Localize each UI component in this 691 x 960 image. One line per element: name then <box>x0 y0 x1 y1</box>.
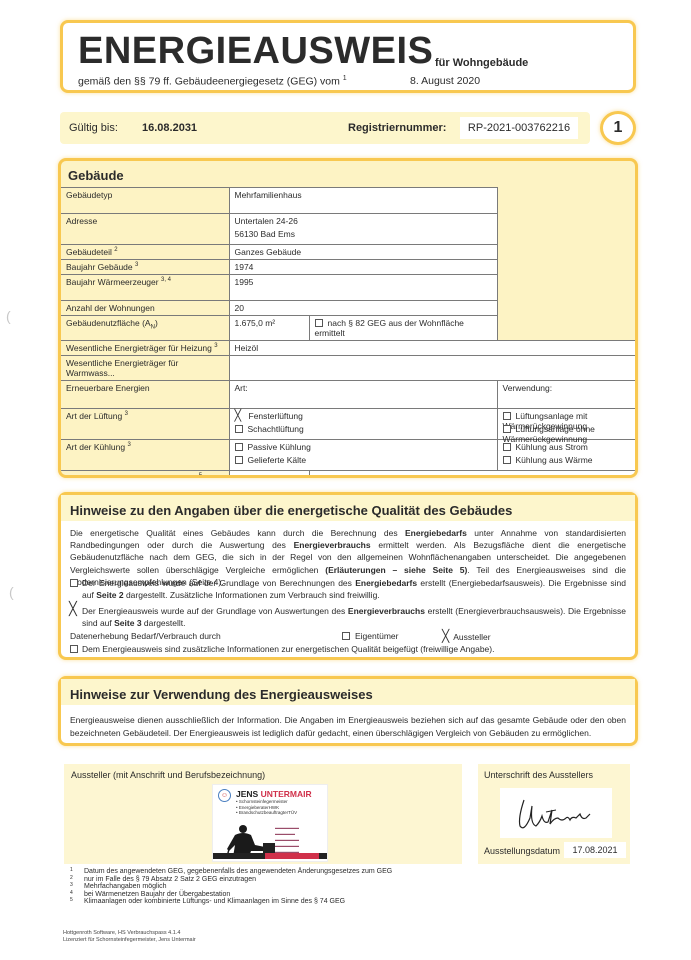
footnote-text: nur im Falle des § 79 Absatz 2 Satz 2 GE… <box>84 876 256 883</box>
row-label: Anzahl der Wohnungen <box>61 301 229 316</box>
footnote-number: 5 <box>70 897 73 905</box>
hotwater-carrier-value <box>229 356 635 381</box>
label-text: Gebäudenutzfläche (A <box>66 318 151 328</box>
signature-area: Unterschrift des Ausstellers Ausstellung… <box>478 764 630 864</box>
units-value: 20 <box>229 301 497 316</box>
table-row: Art der Kühlung 3 Passive Kühlung Gelief… <box>61 440 635 471</box>
checkbox-unchecked[interactable] <box>70 579 78 587</box>
row-label: Gebäudetyp <box>61 188 229 214</box>
table-row: Gebäudetyp Mehrfamilienhaus <box>61 188 635 214</box>
registration-label: Registriernummer: <box>348 122 446 134</box>
label-text: Baujahr Gebäude <box>66 262 133 272</box>
footnote: 1Datum des angewendeten GEG, gegebenenfa… <box>70 868 392 876</box>
option-label: Schachtlüftung <box>248 424 304 434</box>
option-label: Lüftungsanlage ohne Wärmerückgewinnung <box>503 424 595 444</box>
ventilation-option[interactable]: Lüftungsanlage mit Wärmerückgewinnung <box>503 411 631 424</box>
validity-bar: Gültig bis: 16.08.2031 Registriernummer:… <box>60 112 590 144</box>
demand-option[interactable]: Der Energieausweis wurde auf der Grundla… <box>70 577 626 601</box>
ac-count: Anzahl: 0 <box>229 471 309 479</box>
renewables-type: Art: <box>229 381 497 409</box>
label-text: ) <box>155 318 158 328</box>
checkbox-unchecked[interactable] <box>235 456 243 464</box>
text: Der Energieausweis wurde auf der Grundla… <box>82 578 355 588</box>
option-label: Aussteller <box>453 632 490 642</box>
text: dargestellt. <box>142 618 186 628</box>
valid-until-value: 16.08.2031 <box>142 122 197 134</box>
bold-text: (Erläuterungen – siehe Seite 5) <box>325 565 467 575</box>
page-number-badge: 1 <box>600 111 636 145</box>
checkbox-unchecked[interactable] <box>235 425 243 433</box>
ventilation-options-left: ╳Fensterlüftung Schachtlüftung <box>229 409 497 440</box>
ventilation-options-right: Lüftungsanlage mit Wärmerückgewinnung Lü… <box>497 409 635 440</box>
footnote-number: 3 <box>70 882 73 890</box>
footnote-number: 1 <box>70 867 73 875</box>
address-city: 56130 Bad Ems <box>235 229 492 242</box>
role: • BrandschutzbeauftragterTÜV <box>236 810 297 816</box>
text: dargestellt. Zusätzliche Informationen z… <box>124 590 380 600</box>
bold-text: Seite 2 <box>96 590 123 600</box>
bold-text: Energiebedarfs <box>355 578 417 588</box>
footnotes: 1Datum des angewendeten GEG, gegebenenfa… <box>70 868 392 906</box>
business-card-stamp: ☺ JENS UNTERMAIR • Schornsteinfegermeist… <box>212 784 328 862</box>
footnote-ref: 3 <box>214 343 217 349</box>
footnote-ref: 3 <box>125 411 128 417</box>
renewables-use: Verwendung: <box>497 381 635 409</box>
bold-text: Energiebedarfs <box>405 528 467 538</box>
label-text: Art der Lüftung <box>66 411 122 421</box>
role: • Schornsteinfegermeister <box>236 799 297 805</box>
checkbox-unchecked[interactable] <box>503 443 511 451</box>
section-title: Hinweise zur Verwendung des Energieauswe… <box>70 687 373 702</box>
notes-section: Hinweise zu den Angaben über die energet… <box>58 492 638 660</box>
row-label: Inspektionspflichtige Klimaanlagen 5 <box>61 471 229 479</box>
footnote-ref: 2 <box>114 247 117 253</box>
cooling-option[interactable]: Passive Kühlung <box>235 442 492 455</box>
card-footer-bar <box>213 853 328 859</box>
chimney-sweep-logo-icon: ☺ <box>218 789 231 802</box>
license-line: Lizenziert für Schornsteinfegermeister, … <box>63 937 196 944</box>
text: Der Energieausweis wurde auf der Grundla… <box>82 606 348 616</box>
valid-until-label: Gültig bis: <box>69 122 118 134</box>
label-text: Art der Kühlung <box>66 442 125 452</box>
consumption-option[interactable]: ╳Der Energieausweis wurde auf der Grundl… <box>70 605 626 629</box>
cooling-options-left: Passive Kühlung Gelieferte Kälte <box>229 440 497 471</box>
issuer-area: Aussteller (mit Anschrift und Berufsbeze… <box>64 764 462 864</box>
heating-carrier-value: Heizöl <box>229 341 635 356</box>
footnote-ref: 1 <box>343 75 347 82</box>
software-line: Hottgenroth Software, HS Verbrauchspass … <box>63 930 196 937</box>
table-row: Wesentliche Energieträger für Warmwass..… <box>61 356 635 381</box>
row-label: Art der Kühlung 3 <box>61 440 229 471</box>
document-title: ENERGIEAUSWEIS <box>78 30 433 73</box>
signature-label: Unterschrift des Ausstellers <box>484 770 593 780</box>
footnote: 5Klimaanlagen oder kombinierte Lüftungs-… <box>70 898 392 906</box>
footnote: 3Mehrfachangaben möglich <box>70 883 392 891</box>
cooling-option[interactable]: Gelieferte Kälte <box>235 455 492 468</box>
building-section: Gebäude Gebäudetyp Mehrfamilienhaus Adre… <box>58 158 638 478</box>
cooling-options-right: Kühlung aus Strom Kühlung aus Wärme <box>497 440 635 471</box>
text: Die energetische Qualität eines Gebäudes… <box>70 528 405 538</box>
option-label: Gelieferte Kälte <box>248 455 307 465</box>
cooling-option[interactable]: Kühlung aus Strom <box>503 442 631 455</box>
area-option[interactable]: nach § 82 GEG aus der Wohnfläche ermitte… <box>309 316 497 341</box>
label-text: Wesentliche Energieträger für Heizung <box>66 343 212 353</box>
footnote-ref: 3 <box>135 262 138 268</box>
table-row: Wesentliche Energieträger für Heizung 3 … <box>61 341 635 356</box>
photo-area <box>497 188 635 341</box>
checkbox-unchecked[interactable] <box>342 632 350 640</box>
footnote-ref: 3 <box>127 442 130 448</box>
usage-text: Energieausweise dienen ausschließlich de… <box>70 714 626 740</box>
issuer-name: JENS UNTERMAIR <box>236 789 312 799</box>
cooling-option[interactable]: Kühlung aus Wärme <box>503 455 631 468</box>
checkbox-unchecked[interactable] <box>503 412 511 420</box>
building-table: Gebäudetyp Mehrfamilienhaus Adresse Unte… <box>61 187 635 478</box>
option-label: nach § 82 GEG aus der Wohnfläche ermitte… <box>315 318 464 338</box>
footnote: 4bei Wärmenetzen Baujahr der Übergabesta… <box>70 891 392 899</box>
footnote: 2nur im Falle des § 79 Absatz 2 Satz 2 G… <box>70 876 392 884</box>
footnote-number: 4 <box>70 890 73 898</box>
footnote-text: Datum des angewendeten GEG, gegebenenfal… <box>84 868 392 875</box>
issuer-contact-blurred: ▬▬▬▬▬▬▬▬▬▬▬▬▬▬▬▬▬▬▬▬▬▬▬▬▬▬▬▬▬ <box>275 825 299 855</box>
year-built-value: 1974 <box>229 260 497 275</box>
footnote-number: 2 <box>70 875 73 883</box>
ventilation-option[interactable]: Lüftungsanlage ohne Wärmerückgewinnung <box>503 424 631 437</box>
ac-next-inspection: Nächstes Fälligkeitsdatum der Inspektion… <box>309 471 635 479</box>
checkbox-checked[interactable]: ╳ <box>442 630 449 642</box>
section-title: Gebäude <box>68 168 124 183</box>
bold-text: Seite 3 <box>114 618 141 628</box>
owner-option[interactable]: Eigentümer <box>342 630 398 642</box>
data-collection-row: Datenerhebung Bedarf/Verbrauch durch Eig… <box>70 630 626 642</box>
area-value: 1.675,0 m² <box>229 316 309 341</box>
table-row: Art der Lüftung 3 ╳Fensterlüftung Schach… <box>61 409 635 440</box>
table-row: Erneuerbare Energien Art: Verwendung: <box>61 381 635 409</box>
label-text: Inspektionspflichtige Klimaanlagen <box>66 473 196 478</box>
ventilation-option[interactable]: Schachtlüftung <box>235 424 492 437</box>
data-collection-label: Datenerhebung Bedarf/Verbrauch durch <box>70 631 221 641</box>
document-subtitle: für Wohngebäude <box>435 57 528 69</box>
ventilation-option[interactable]: ╳Fensterlüftung <box>235 411 492 424</box>
option-label: Fensterlüftung <box>249 411 303 421</box>
label-text: Gebäudeteil <box>66 247 112 257</box>
issuer-roles: • Schornsteinfegermeister • Energieberat… <box>236 799 297 816</box>
checkbox-checked[interactable]: ╳ <box>235 412 245 420</box>
scan-artifact: ( <box>9 584 14 600</box>
last-name: UNTERMAIR <box>261 789 312 799</box>
row-label: Erneuerbare Energien <box>61 381 229 409</box>
issuer-option[interactable]: ╳Aussteller <box>442 630 491 643</box>
row-label: Baujahr Gebäude 3 <box>61 260 229 275</box>
law-text: gemäß den §§ 79 ff. Gebäudeenergiegesetz… <box>78 76 340 88</box>
row-label: Art der Lüftung 3 <box>61 409 229 440</box>
option-label: Passive Kühlung <box>248 442 311 452</box>
building-part-value: Ganzes Gebäude <box>229 245 497 260</box>
handwritten-signature-icon <box>500 788 612 838</box>
checkbox-unchecked[interactable] <box>503 425 511 433</box>
row-label: Adresse <box>61 214 229 245</box>
row-label: Gebäudenutzfläche (AN) <box>61 316 229 341</box>
section-title: Hinweise zu den Angaben über die energet… <box>70 503 512 518</box>
option-label: Kühlung aus Strom <box>516 442 588 452</box>
table-row: Inspektionspflichtige Klimaanlagen 5 Anz… <box>61 471 635 479</box>
checkbox-unchecked[interactable] <box>315 319 323 327</box>
row-label: Baujahr Wärmeerzeuger 3, 4 <box>61 275 229 301</box>
registration-number: RP-2021-003762216 <box>460 117 578 139</box>
footnote-text: bei Wärmenetzen Baujahr der Übergabestat… <box>84 891 230 898</box>
address-street: Untertalen 24-26 <box>235 216 492 229</box>
software-credit: Hottgenroth Software, HS Verbrauchspass … <box>63 930 196 944</box>
signature-box <box>500 788 612 838</box>
issuer-label: Aussteller (mit Anschrift und Berufsbeze… <box>71 770 265 780</box>
row-label: Gebäudeteil 2 <box>61 245 229 260</box>
option-label: Kühlung aus Wärme <box>516 455 593 465</box>
building-type-value: Mehrfamilienhaus <box>229 188 497 214</box>
checkbox-checked[interactable]: ╳ <box>69 603 77 615</box>
footnote-text: Mehrfachangaben möglich <box>84 883 167 890</box>
law-date: 8. August 2020 <box>410 75 480 87</box>
issue-date-label: Ausstellungsdatum <box>484 846 560 856</box>
bold-text: Energieverbrauchs <box>294 540 371 550</box>
checkbox-unchecked[interactable] <box>235 443 243 451</box>
label-text: Baujahr Wärmeerzeuger <box>66 277 159 287</box>
issue-date-value: 17.08.2021 <box>564 842 626 858</box>
address-value: Untertalen 24-26 56130 Bad Ems <box>229 214 497 245</box>
footnote-ref: 3, 4 <box>161 277 171 283</box>
footnote-text: Klimaanlagen oder kombinierte Lüftungs- … <box>84 898 345 905</box>
additional-info-option[interactable]: Dem Energieausweis sind zusätzliche Info… <box>70 643 626 655</box>
law-reference: gemäß den §§ 79 ff. Gebäudeenergiegesetz… <box>78 75 347 88</box>
row-label: Wesentliche Energieträger für Heizung 3 <box>61 341 229 356</box>
option-label: Dem Energieausweis sind zusätzliche Info… <box>82 644 494 654</box>
footnote-ref: 5 <box>199 473 202 478</box>
checkbox-unchecked[interactable] <box>70 645 78 653</box>
row-label: Wesentliche Energieträger für Warmwass..… <box>61 356 229 381</box>
card-footer-accent <box>265 853 319 859</box>
year-heater-value: 1995 <box>229 275 497 301</box>
header-frame: ENERGIEAUSWEIS für Wohngebäude gemäß den… <box>60 20 636 93</box>
option-label: Eigentümer <box>355 631 398 641</box>
bold-text: Energieverbrauchs <box>348 606 425 616</box>
first-name: JENS <box>236 789 258 799</box>
checkbox-unchecked[interactable] <box>503 456 511 464</box>
usage-section: Hinweise zur Verwendung des Energieauswe… <box>58 676 638 746</box>
scan-artifact: ( <box>6 308 11 324</box>
